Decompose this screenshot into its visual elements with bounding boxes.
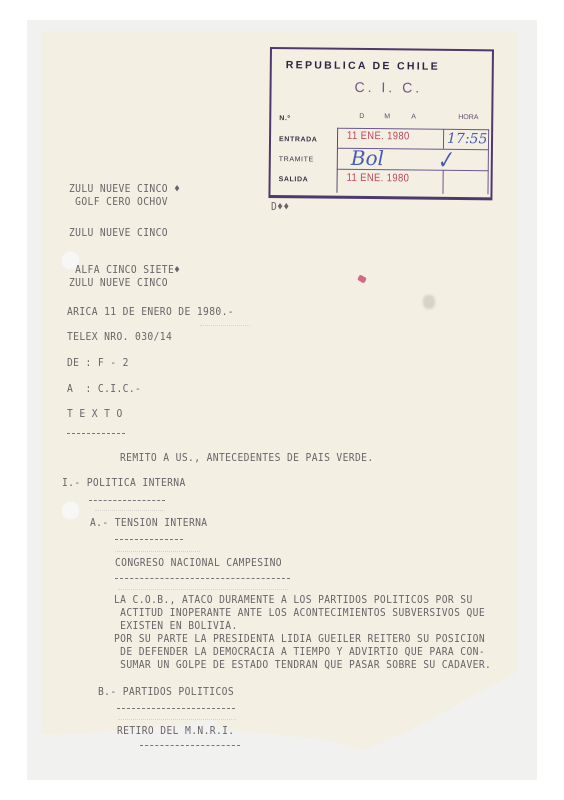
- stamp-col-year: A: [411, 113, 416, 120]
- paragraph-line: EXISTEN EN BOLIVIA.: [114, 620, 238, 632]
- guide-dots: [95, 510, 165, 511]
- paragraph-line: ACTITUD INOPERANTE ANTE LOS ACONTECIMIEN…: [114, 607, 485, 619]
- section-1-heading: I.- POLITICA INTERNA: [62, 477, 186, 489]
- stamp-agency: C. I. C.: [355, 79, 423, 96]
- subsection-b-underline: [117, 708, 235, 709]
- reception-stamp: REPUBLICA DE CHILE C. I. C. N.º D M A HO…: [268, 47, 494, 200]
- topic-2-underline: [140, 745, 240, 746]
- stamp-title: REPUBLICA DE CHILE: [286, 59, 440, 73]
- guide-dots: [118, 589, 288, 590]
- paragraph-line: LA C.O.B., ATACO DURAMENTE A LOS PARTIDO…: [114, 594, 473, 606]
- to-line: A : C.I.C.-: [67, 383, 141, 395]
- stamp-grid-line: [443, 129, 444, 149]
- paragraph-line: POR SU PARTE LA PRESIDENTA LIDIA GUEILER…: [114, 633, 485, 645]
- section-1-underline: [89, 500, 165, 501]
- stamp-salida-date: 11 ENE. 1980: [347, 172, 410, 185]
- guide-dots: [200, 325, 250, 326]
- from-line: DE : F - 2: [67, 357, 129, 369]
- stamp-entrada-time: 17:55: [447, 131, 488, 147]
- stamp-number-label: N.º: [279, 115, 290, 122]
- topic-1-underline: [115, 578, 290, 579]
- routing-line: ZULU NUEVE CINCO: [69, 227, 168, 239]
- guide-dots: [118, 719, 236, 720]
- stamp-row-salida: SALIDA: [279, 176, 309, 183]
- telex-number: TELEX NRO. 030/14: [67, 331, 172, 343]
- text-heading: T E X T O: [67, 408, 123, 420]
- intro-line: REMITO A US., ANTECEDENTES DE PAIS VERDE…: [120, 452, 374, 464]
- stamp-col-day: D: [359, 113, 364, 120]
- stamp-col-month: M: [384, 113, 390, 120]
- stamp-tramite-handwriting: Bol: [351, 146, 384, 170]
- topic-1-heading: CONGRESO NACIONAL CAMPESINO: [115, 557, 282, 569]
- subsection-a-underline: [115, 539, 183, 540]
- text-heading-underline: [67, 433, 125, 434]
- routing-line: ZULU NUEVE CINCO: [69, 277, 168, 289]
- punch-hole-bottom: [61, 501, 80, 520]
- stamp-entrada-date: 11 ENE. 1980: [347, 130, 410, 143]
- guide-dots: [115, 551, 200, 552]
- subsection-b-heading: B.- PARTIDOS POLITICOS: [98, 686, 234, 698]
- stamp-col-hour: HORA: [458, 114, 478, 121]
- routing-side-mark: D♦♦: [271, 201, 290, 213]
- topic-2-heading: RETIRO DEL M.N.R.I.: [117, 725, 235, 737]
- stamp-row-entrada: ENTRADA: [279, 136, 317, 143]
- paragraph-line: DE DEFENDER LA DEMOCRACIA A TIEMPO Y ADV…: [114, 646, 485, 658]
- ink-smudge: [423, 295, 435, 309]
- paragraph-line: SUMAR UN GOLPE DE ESTADO TENDRAN QUE PAS…: [114, 659, 491, 671]
- subsection-a-heading: A.- TENSION INTERNA: [90, 517, 208, 529]
- place-date: ARICA 11 DE ENERO DE 1980.-: [67, 306, 234, 318]
- routing-line: ZULU NUEVE CINCO ♦: [69, 183, 180, 195]
- routing-line: GOLF CERO OCHOV: [69, 196, 168, 208]
- stamp-row-tramite: TRAMITE: [279, 156, 314, 163]
- routing-line: ALFA CINCO SIETE♦: [69, 264, 180, 276]
